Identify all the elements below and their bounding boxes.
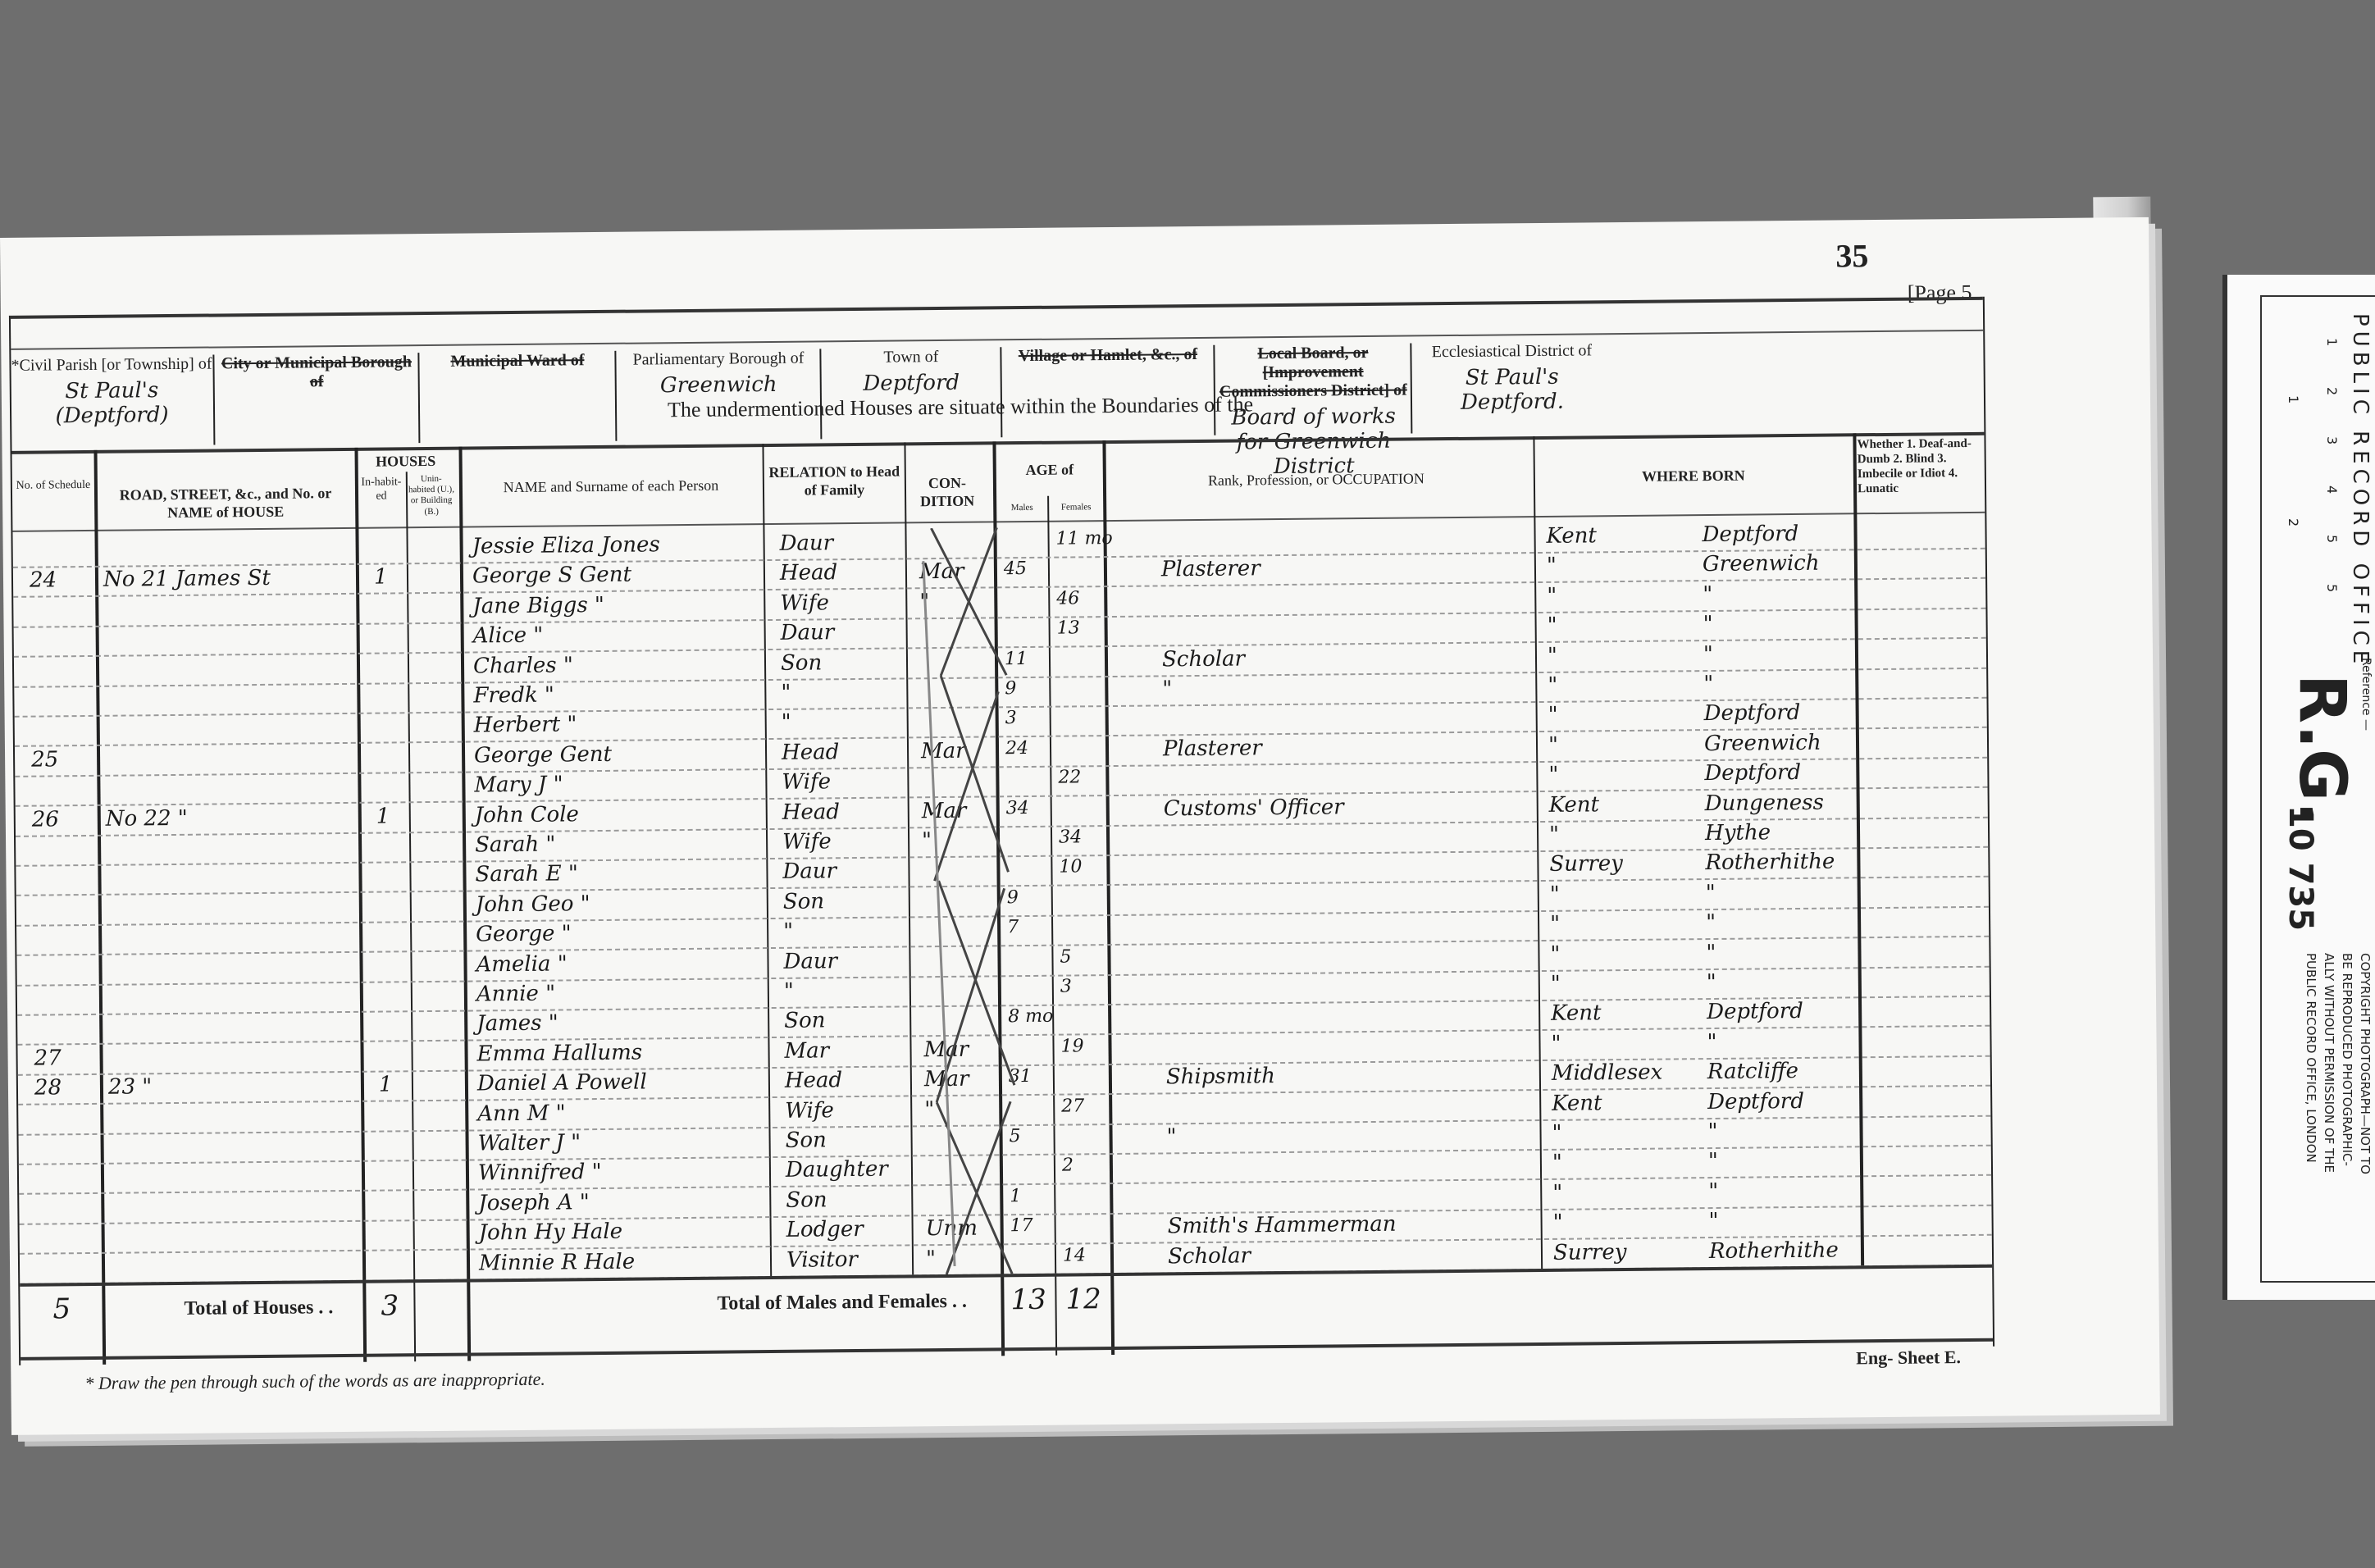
col-header-males: Males xyxy=(996,503,1047,514)
occupation: Plasterer xyxy=(1163,736,1262,761)
copyright-line: BE REPRODUCED PHOTOGRAPHIC- xyxy=(2340,953,2354,1166)
person-name: George " xyxy=(476,922,572,947)
person-name: John Cole xyxy=(475,802,579,827)
relation-to-head: Daur xyxy=(781,620,835,645)
relation-to-head: Mar xyxy=(784,1038,829,1064)
slip-column-number: 4 xyxy=(2324,485,2340,494)
record-office-label: PUBLIC RECORD OFFICE xyxy=(2348,313,2373,668)
birth-place: Ratcliffe xyxy=(1707,1059,1798,1084)
female-age: 27 xyxy=(1061,1096,1084,1116)
birth-place: Deptford xyxy=(1704,760,1801,786)
person-name: Daniel A Powell xyxy=(477,1070,647,1096)
total-females: 12 xyxy=(1065,1283,1101,1315)
female-age: 22 xyxy=(1058,768,1081,788)
relation-to-head: Son xyxy=(781,650,823,675)
relation-to-head: " xyxy=(782,710,791,735)
birth-place: Deptford xyxy=(1704,700,1801,726)
birth-place: Greenwich xyxy=(1703,551,1820,577)
birth-place: " xyxy=(1707,1119,1717,1144)
birth-place: Deptford xyxy=(1707,1089,1804,1114)
birth-place: Hythe xyxy=(1705,820,1771,846)
rule xyxy=(11,297,1983,319)
boundary-value: Deptford xyxy=(823,371,1000,397)
col-header-schedule: No. of Schedule xyxy=(12,479,94,494)
slip-column-number: 2 xyxy=(2324,387,2340,395)
occupation: Scholar xyxy=(1162,646,1245,672)
person-name: Jane Biggs " xyxy=(472,593,604,619)
birth-county: " xyxy=(1548,703,1558,727)
relation-to-head: " xyxy=(781,681,791,705)
relation-to-head: Wife xyxy=(785,1098,834,1124)
occupation: Customs' Officer xyxy=(1164,795,1344,821)
col-header-condition: CON-DITION xyxy=(906,474,988,510)
person-name: Annie " xyxy=(476,982,555,1007)
birth-place: " xyxy=(1708,1209,1718,1233)
boundary-label: Local Board, or [Improvement Commissione… xyxy=(1216,344,1410,402)
road-address: No 21 James St xyxy=(103,566,271,592)
col-header-age: AGE of xyxy=(996,461,1103,480)
female-age: 2 xyxy=(1062,1155,1074,1176)
total-schedules: 5 xyxy=(52,1292,71,1325)
female-age: 3 xyxy=(1060,976,1072,996)
birth-county: " xyxy=(1552,1181,1562,1206)
col-header-inhabited: In-habit-ed xyxy=(357,476,406,504)
birth-county: " xyxy=(1548,733,1558,758)
boundary-label: *Civil Parish [or Township] of xyxy=(11,355,212,376)
birth-place: " xyxy=(1703,642,1713,667)
relation-to-head: Lodger xyxy=(786,1217,864,1242)
birth-county: " xyxy=(1551,972,1561,996)
relation-to-head: " xyxy=(784,979,794,1004)
relation-to-head: Daur xyxy=(782,859,836,885)
relation-to-head: Wife xyxy=(782,769,831,795)
birth-county: Kent xyxy=(1551,1001,1602,1027)
occupation: Scholar xyxy=(1168,1243,1251,1269)
person-name: Sarah " xyxy=(475,832,556,858)
relation-to-head: Head xyxy=(782,800,841,825)
footnote: * Draw the pen through such of the words… xyxy=(84,1369,545,1394)
birth-county: " xyxy=(1552,1121,1561,1146)
person-name: Winnifred " xyxy=(478,1160,602,1185)
birth-county: " xyxy=(1550,941,1560,966)
boundary-field: Town ofDeptford xyxy=(823,347,1000,439)
schedule-number: 27 xyxy=(34,1046,61,1070)
birth-place: Greenwich xyxy=(1704,731,1821,756)
person-name: Alice " xyxy=(473,623,544,649)
relation-to-head: Head xyxy=(782,740,840,765)
birth-place: Deptford xyxy=(1702,522,1798,547)
birth-county: Surrey xyxy=(1549,851,1623,877)
female-age: 13 xyxy=(1057,618,1080,639)
copyright-line: PUBLIC RECORD OFFICE, LONDON xyxy=(2304,953,2318,1163)
person-name: James " xyxy=(476,1011,558,1037)
slip-part-number: 1 xyxy=(2286,395,2301,403)
relation-to-head: Wife xyxy=(782,829,832,855)
occupation: Shipsmith xyxy=(1166,1064,1275,1089)
birth-county: Kent xyxy=(1546,523,1597,549)
boundary-divider xyxy=(819,349,822,439)
boundary-label: Parliamentary Borough of xyxy=(618,349,818,369)
occupation: " xyxy=(1162,677,1172,701)
person-name: Emma Hallums xyxy=(476,1040,642,1066)
occupation: Smith's Hammerman xyxy=(1167,1212,1396,1239)
col-header-road: ROAD, STREET, &c., and No. or NAME of HO… xyxy=(98,485,353,522)
relation-to-head: Visitor xyxy=(786,1247,858,1273)
schedule-number: 26 xyxy=(32,807,59,832)
boundary-divider xyxy=(1410,343,1412,433)
person-name: George Gent xyxy=(474,742,612,768)
reference-label: Reference — xyxy=(2359,658,2373,731)
schedule-number: 28 xyxy=(34,1076,62,1101)
boundary-label: Ecclesiastical District of xyxy=(1413,341,1610,362)
person-name: Minnie R Hale xyxy=(479,1249,635,1275)
relation-to-head: Head xyxy=(780,561,838,586)
person-name: Joseph A " xyxy=(478,1190,590,1215)
female-age: 10 xyxy=(1059,857,1082,877)
boundary-value: Board of works for Greenwich District xyxy=(1217,405,1411,481)
boundary-field: *Civil Parish [or Township] ofSt Paul's … xyxy=(11,355,212,447)
series-code: R.G. xyxy=(2285,674,2359,826)
boundary-label: Village or Hamlet, &c., of xyxy=(1003,345,1212,366)
pencil-crossout-marks xyxy=(914,527,1020,1274)
occupation: Plasterer xyxy=(1161,557,1260,582)
birth-county: " xyxy=(1551,1032,1561,1056)
female-age: 14 xyxy=(1063,1245,1086,1265)
rule xyxy=(21,1338,1993,1361)
birth-place: Dungeness xyxy=(1705,790,1824,815)
birth-county: " xyxy=(1550,912,1560,937)
birth-place: " xyxy=(1707,1030,1716,1055)
total-males: 13 xyxy=(1010,1283,1046,1316)
slip-column-number: 5 xyxy=(2324,535,2340,543)
birth-county: " xyxy=(1552,1151,1562,1175)
birth-county: " xyxy=(1548,673,1557,698)
relation-to-head: Wife xyxy=(780,590,829,616)
birth-place: Rotherhithe xyxy=(1705,850,1835,876)
slip-column-number: 1 xyxy=(2324,338,2340,346)
person-name: Herbert " xyxy=(474,713,577,738)
total-houses-label: Total of Houses . . xyxy=(184,1297,333,1320)
piece-number: 10 735 xyxy=(2282,805,2319,931)
col-header-infirmity: Whether 1. Deaf-and-Dumb 2. Blind 3. Imb… xyxy=(1857,436,1981,496)
person-name: Walter J " xyxy=(477,1130,581,1155)
copyright-line: COPYRIGHT PHOTOGRAPH—NOT TO xyxy=(2358,953,2373,1174)
boundary-value: Greenwich xyxy=(618,372,819,399)
birth-county: " xyxy=(1547,613,1557,638)
birth-place: " xyxy=(1707,970,1716,995)
inhabited-count: 1 xyxy=(379,1073,393,1097)
birth-county: " xyxy=(1549,823,1559,847)
female-age: 5 xyxy=(1060,946,1071,967)
person-name: Amelia " xyxy=(476,951,567,977)
birth-county: Kent xyxy=(1552,1091,1602,1116)
female-age: 34 xyxy=(1059,827,1082,847)
slip-column-number: 3 xyxy=(2324,436,2340,444)
birth-county: " xyxy=(1550,882,1560,907)
sheet-label: Eng- Sheet E. xyxy=(1856,1347,1961,1369)
road-address: No 22 " xyxy=(106,805,188,831)
boundary-divider xyxy=(614,351,617,441)
boundary-value xyxy=(422,375,614,376)
birth-place: " xyxy=(1703,672,1713,696)
boundary-field: Parliamentary Borough ofGreenwich xyxy=(618,349,819,440)
relation-to-head: Son xyxy=(785,1128,827,1152)
person-name: Charles " xyxy=(473,653,573,678)
person-name: John Geo " xyxy=(476,891,590,917)
female-age: 19 xyxy=(1060,1036,1083,1056)
birth-place: " xyxy=(1708,1179,1718,1204)
inhabited-count: 1 xyxy=(376,804,390,828)
boundary-field: Municipal Ward of xyxy=(421,351,614,443)
relation-to-head: Son xyxy=(783,889,825,914)
slip-part-number: 2 xyxy=(2286,518,2301,526)
census-page: 35 [Page 5 The undermentioned Houses are… xyxy=(0,217,2160,1435)
relation-to-head: " xyxy=(783,919,793,944)
person-name: Fredk " xyxy=(473,683,554,709)
birth-county: " xyxy=(1547,584,1557,609)
copyright-line: ALLY WITHOUT PERMISSION OF THE xyxy=(2322,953,2336,1173)
birth-place: " xyxy=(1706,910,1716,935)
boundary-field: Village or Hamlet, &c., of xyxy=(1003,345,1213,437)
boundary-field: Ecclesiastical District ofSt Paul's Dept… xyxy=(1413,341,1611,433)
boundary-label: City or Municipal Borough of xyxy=(216,353,417,392)
col-header-where-born: WHERE BORN xyxy=(1538,466,1849,486)
relation-to-head: Daughter xyxy=(786,1157,888,1183)
boundary-label: Municipal Ward of xyxy=(421,351,613,371)
boundary-divider xyxy=(417,353,420,443)
col-header-females: Females xyxy=(1051,502,1101,513)
occupation: " xyxy=(1166,1124,1176,1149)
boundary-divider xyxy=(1213,345,1215,435)
boundary-divider xyxy=(1000,347,1002,437)
folio-number: 35 xyxy=(1835,236,1868,275)
birth-place: " xyxy=(1708,1149,1718,1174)
boundary-divider xyxy=(212,354,215,444)
person-name: John Hy Hale xyxy=(479,1219,623,1246)
birth-place: Deptford xyxy=(1707,999,1803,1024)
col-header-houses: HOUSES xyxy=(357,453,455,472)
reference-slip-frame: PUBLIC RECORD OFFICE 12345512 Reference … xyxy=(2260,295,2375,1283)
birth-county: " xyxy=(1548,763,1558,787)
boundary-field: Local Board, or [Improvement Commissione… xyxy=(1216,344,1410,435)
birth-county: " xyxy=(1552,1210,1562,1235)
person-name: Jessie Eliza Jones xyxy=(472,532,659,558)
relation-to-head: Son xyxy=(784,1009,826,1033)
schedule-number: 24 xyxy=(30,568,57,593)
female-age: 46 xyxy=(1056,588,1079,609)
birth-place: " xyxy=(1706,941,1716,965)
col-header-name: NAME and Surname of each Person xyxy=(463,476,759,497)
col-header-relation: RELATION to Head of Family xyxy=(767,463,902,499)
slip-column-number: 5 xyxy=(2324,584,2340,592)
col-header-occupation: Rank, Profession, or OCCUPATION xyxy=(1111,469,1521,490)
birth-county: Middlesex xyxy=(1552,1060,1663,1086)
boundary-value xyxy=(217,395,417,397)
person-name: George S Gent xyxy=(472,563,631,589)
birth-county: Surrey xyxy=(1553,1240,1627,1265)
birth-county: Kent xyxy=(1549,792,1600,818)
reference-slip: PUBLIC RECORD OFFICE 12345512 Reference … xyxy=(2222,275,2375,1300)
boundary-label: Town of xyxy=(823,347,999,367)
road-address: 23 " xyxy=(108,1074,153,1100)
relation-to-head: Son xyxy=(786,1187,827,1212)
inhabited-count: 1 xyxy=(374,565,388,590)
boundary-value: St Paul's Deptford. xyxy=(1414,365,1611,416)
birth-county: " xyxy=(1548,643,1557,668)
relation-to-head: Daur xyxy=(779,531,833,556)
relation-to-head: Daur xyxy=(783,949,837,974)
schedule-number: 25 xyxy=(31,747,58,772)
total-houses: 3 xyxy=(381,1289,399,1322)
birth-place: " xyxy=(1703,582,1712,607)
birth-place: " xyxy=(1703,612,1712,636)
col-header-uninhabited: Unin-habited (U.), or Building (B.) xyxy=(408,474,456,517)
boundary-value xyxy=(1004,369,1213,371)
female-age: 11 mo xyxy=(1055,528,1112,549)
birth-county: " xyxy=(1547,554,1557,578)
person-name: Mary J " xyxy=(474,773,563,798)
boundary-value: St Paul's (Deptford) xyxy=(11,379,213,430)
census-form-frame: The undermentioned Houses are situate wi… xyxy=(9,297,1994,1365)
boundary-field: City or Municipal Borough of xyxy=(216,353,417,444)
birth-place: Rotherhithe xyxy=(1709,1238,1839,1264)
person-name: Sarah E " xyxy=(475,862,578,887)
birth-place: " xyxy=(1706,881,1716,905)
relation-to-head: Head xyxy=(785,1068,843,1093)
person-name: Ann M " xyxy=(477,1101,566,1126)
total-persons-label: Total of Males and Females . . xyxy=(717,1291,967,1315)
